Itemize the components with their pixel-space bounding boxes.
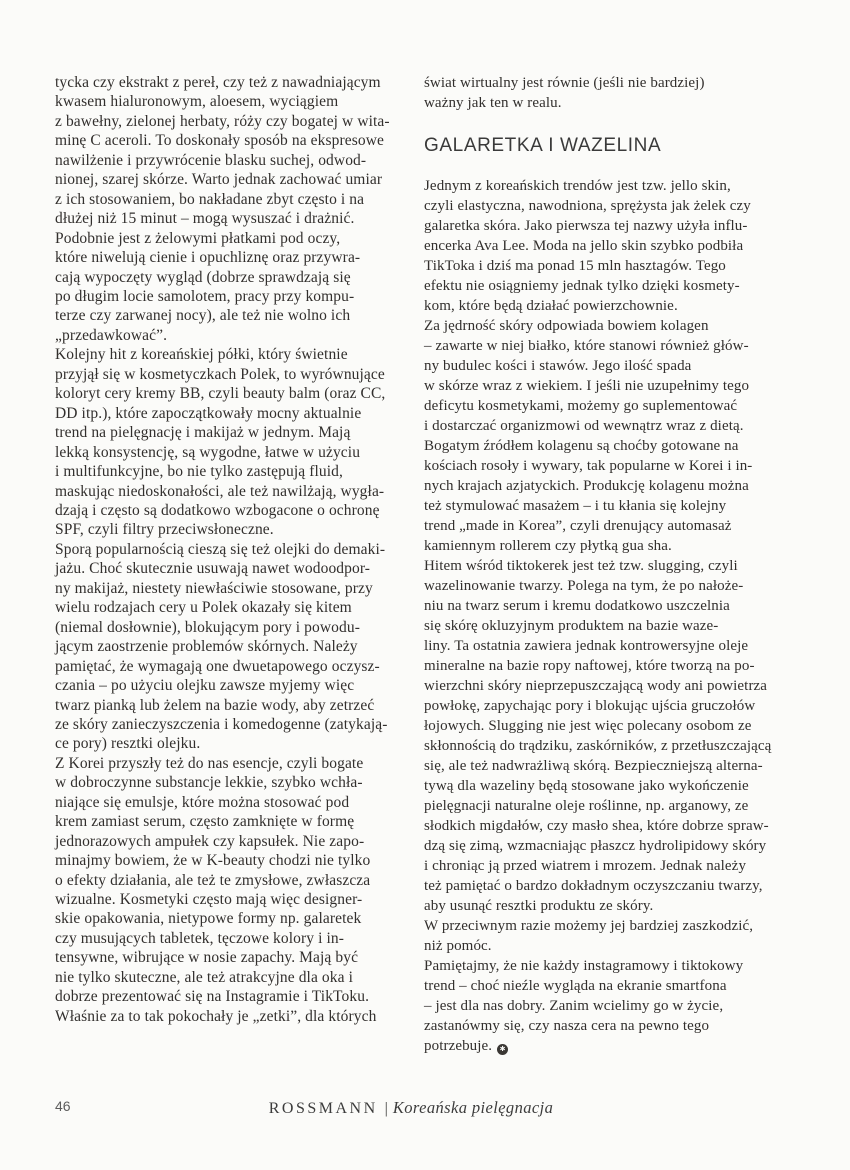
- paragraph-essences: Z Korei przyszły też do nas esencje, czy…: [55, 754, 400, 1026]
- paragraph-cleansing-oils: Sporą popularnością cieszą się też olejk…: [55, 540, 400, 754]
- section-heading: GALARETKA I WAZELINA: [424, 135, 809, 157]
- closing-text: Pamiętajmy, że nie każdy instagramowy i …: [424, 958, 743, 1054]
- paragraph-slugging: Hitem wśród tiktokerek jest też tzw. slu…: [424, 556, 809, 916]
- paragraph-intro-continuation: świat wirtualny jest równie (jeśli nie b…: [424, 73, 809, 113]
- paragraph-serums-masks: tycka czy ekstrakt z pereł, czy też z na…: [55, 73, 400, 345]
- paragraph-bb-creams: Kolejny hit z koreańskiej półki, który ś…: [55, 345, 400, 540]
- paragraph-jello-skin: Jednym z koreańskich trendów jest tzw. j…: [424, 176, 809, 316]
- footer-brand-line: ROSSMANN|Koreańska pielęgnacja: [0, 1098, 822, 1118]
- end-of-article-icon: ✱: [497, 1044, 508, 1055]
- paragraph-warning: W przeciwnym razie możemy jej bardziej z…: [424, 916, 809, 956]
- left-column: tycka czy ekstrakt z pereł, czy też z na…: [55, 73, 400, 1026]
- paragraph-closing: Pamiętajmy, że nie każdy instagramowy i …: [424, 956, 809, 1056]
- footer-separator: |: [385, 1100, 388, 1117]
- paragraph-collagen: Za jędrność skóry odpowiada bowiem kolag…: [424, 316, 809, 556]
- footer-section-title: Koreańska pielęgnacja: [393, 1098, 553, 1117]
- brand-name: ROSSMANN: [269, 1100, 378, 1117]
- right-column: świat wirtualny jest równie (jeśli nie b…: [424, 73, 809, 1056]
- page-footer: 46 ROSSMANN|Koreańska pielęgnacja: [0, 1098, 850, 1128]
- magazine-page: tycka czy ekstrakt z pereł, czy też z na…: [0, 0, 850, 1170]
